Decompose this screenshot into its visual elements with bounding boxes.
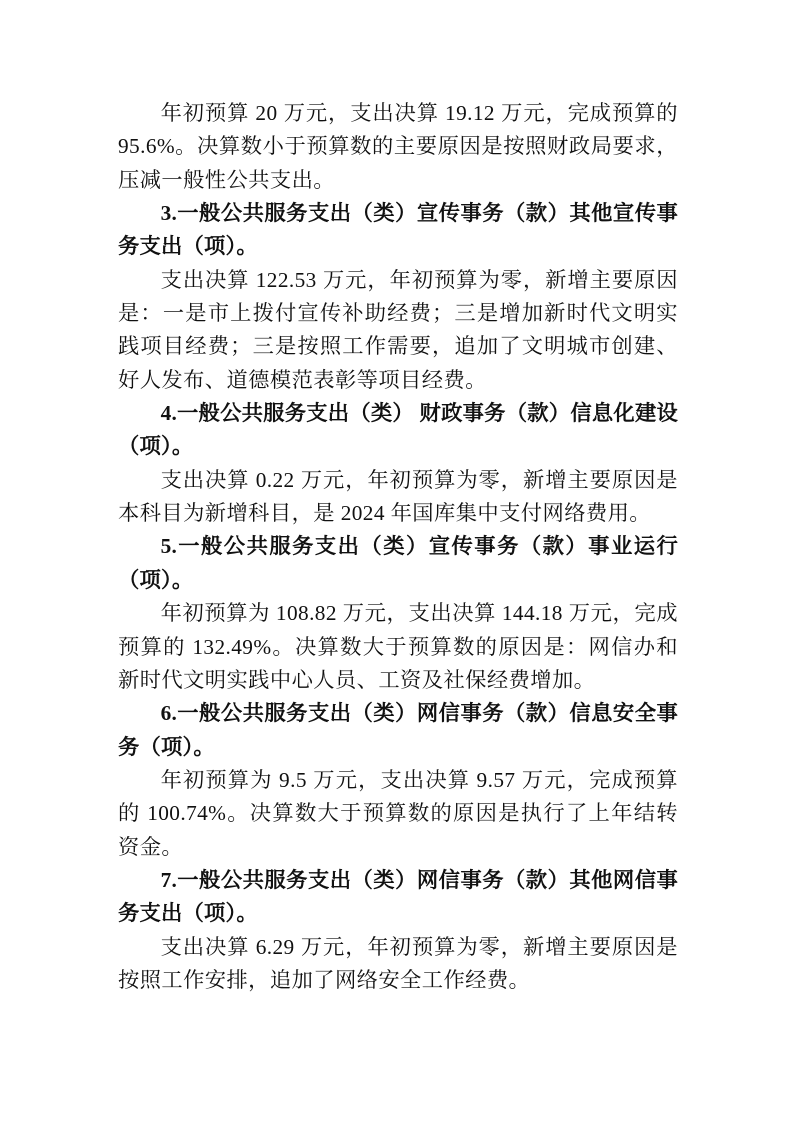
section-heading: 3.一般公共服务支出（类）宣传事务（款）其他宣传事务支出（项）。	[118, 197, 678, 264]
document-page: 年初预算 20 万元，支出决算 19.12 万元，完成预算的 95.6%。决算数…	[0, 0, 793, 1122]
section-heading: 4.一般公共服务支出（类） 财政事务（款）信息化建设（项）。	[118, 397, 678, 464]
body-paragraph: 年初预算 20 万元，支出决算 19.12 万元，完成预算的 95.6%。决算数…	[118, 97, 678, 197]
body-paragraph: 年初预算为 108.82 万元，支出决算 144.18 万元，完成预算的 132…	[118, 597, 678, 697]
section-heading: 7.一般公共服务支出（类）网信事务（款）其他网信事务支出（项）。	[118, 864, 678, 931]
section-heading: 6.一般公共服务支出（类）网信事务（款）信息安全事务（项）。	[118, 697, 678, 764]
document-content: 年初预算 20 万元，支出决算 19.12 万元，完成预算的 95.6%。决算数…	[118, 97, 678, 997]
body-paragraph: 支出决算 6.29 万元，年初预算为零，新增主要原因是按照工作安排，追加了网络安…	[118, 931, 678, 998]
body-paragraph: 支出决算 122.53 万元，年初预算为零，新增主要原因是：一是市上拨付宣传补助…	[118, 264, 678, 397]
body-paragraph: 支出决算 0.22 万元，年初预算为零，新增主要原因是本科目为新增科目，是 20…	[118, 464, 678, 531]
section-heading: 5.一般公共服务支出（类）宣传事务（款）事业运行（项）。	[118, 530, 678, 597]
body-paragraph: 年初预算为 9.5 万元，支出决算 9.57 万元，完成预算的 100.74%。…	[118, 764, 678, 864]
